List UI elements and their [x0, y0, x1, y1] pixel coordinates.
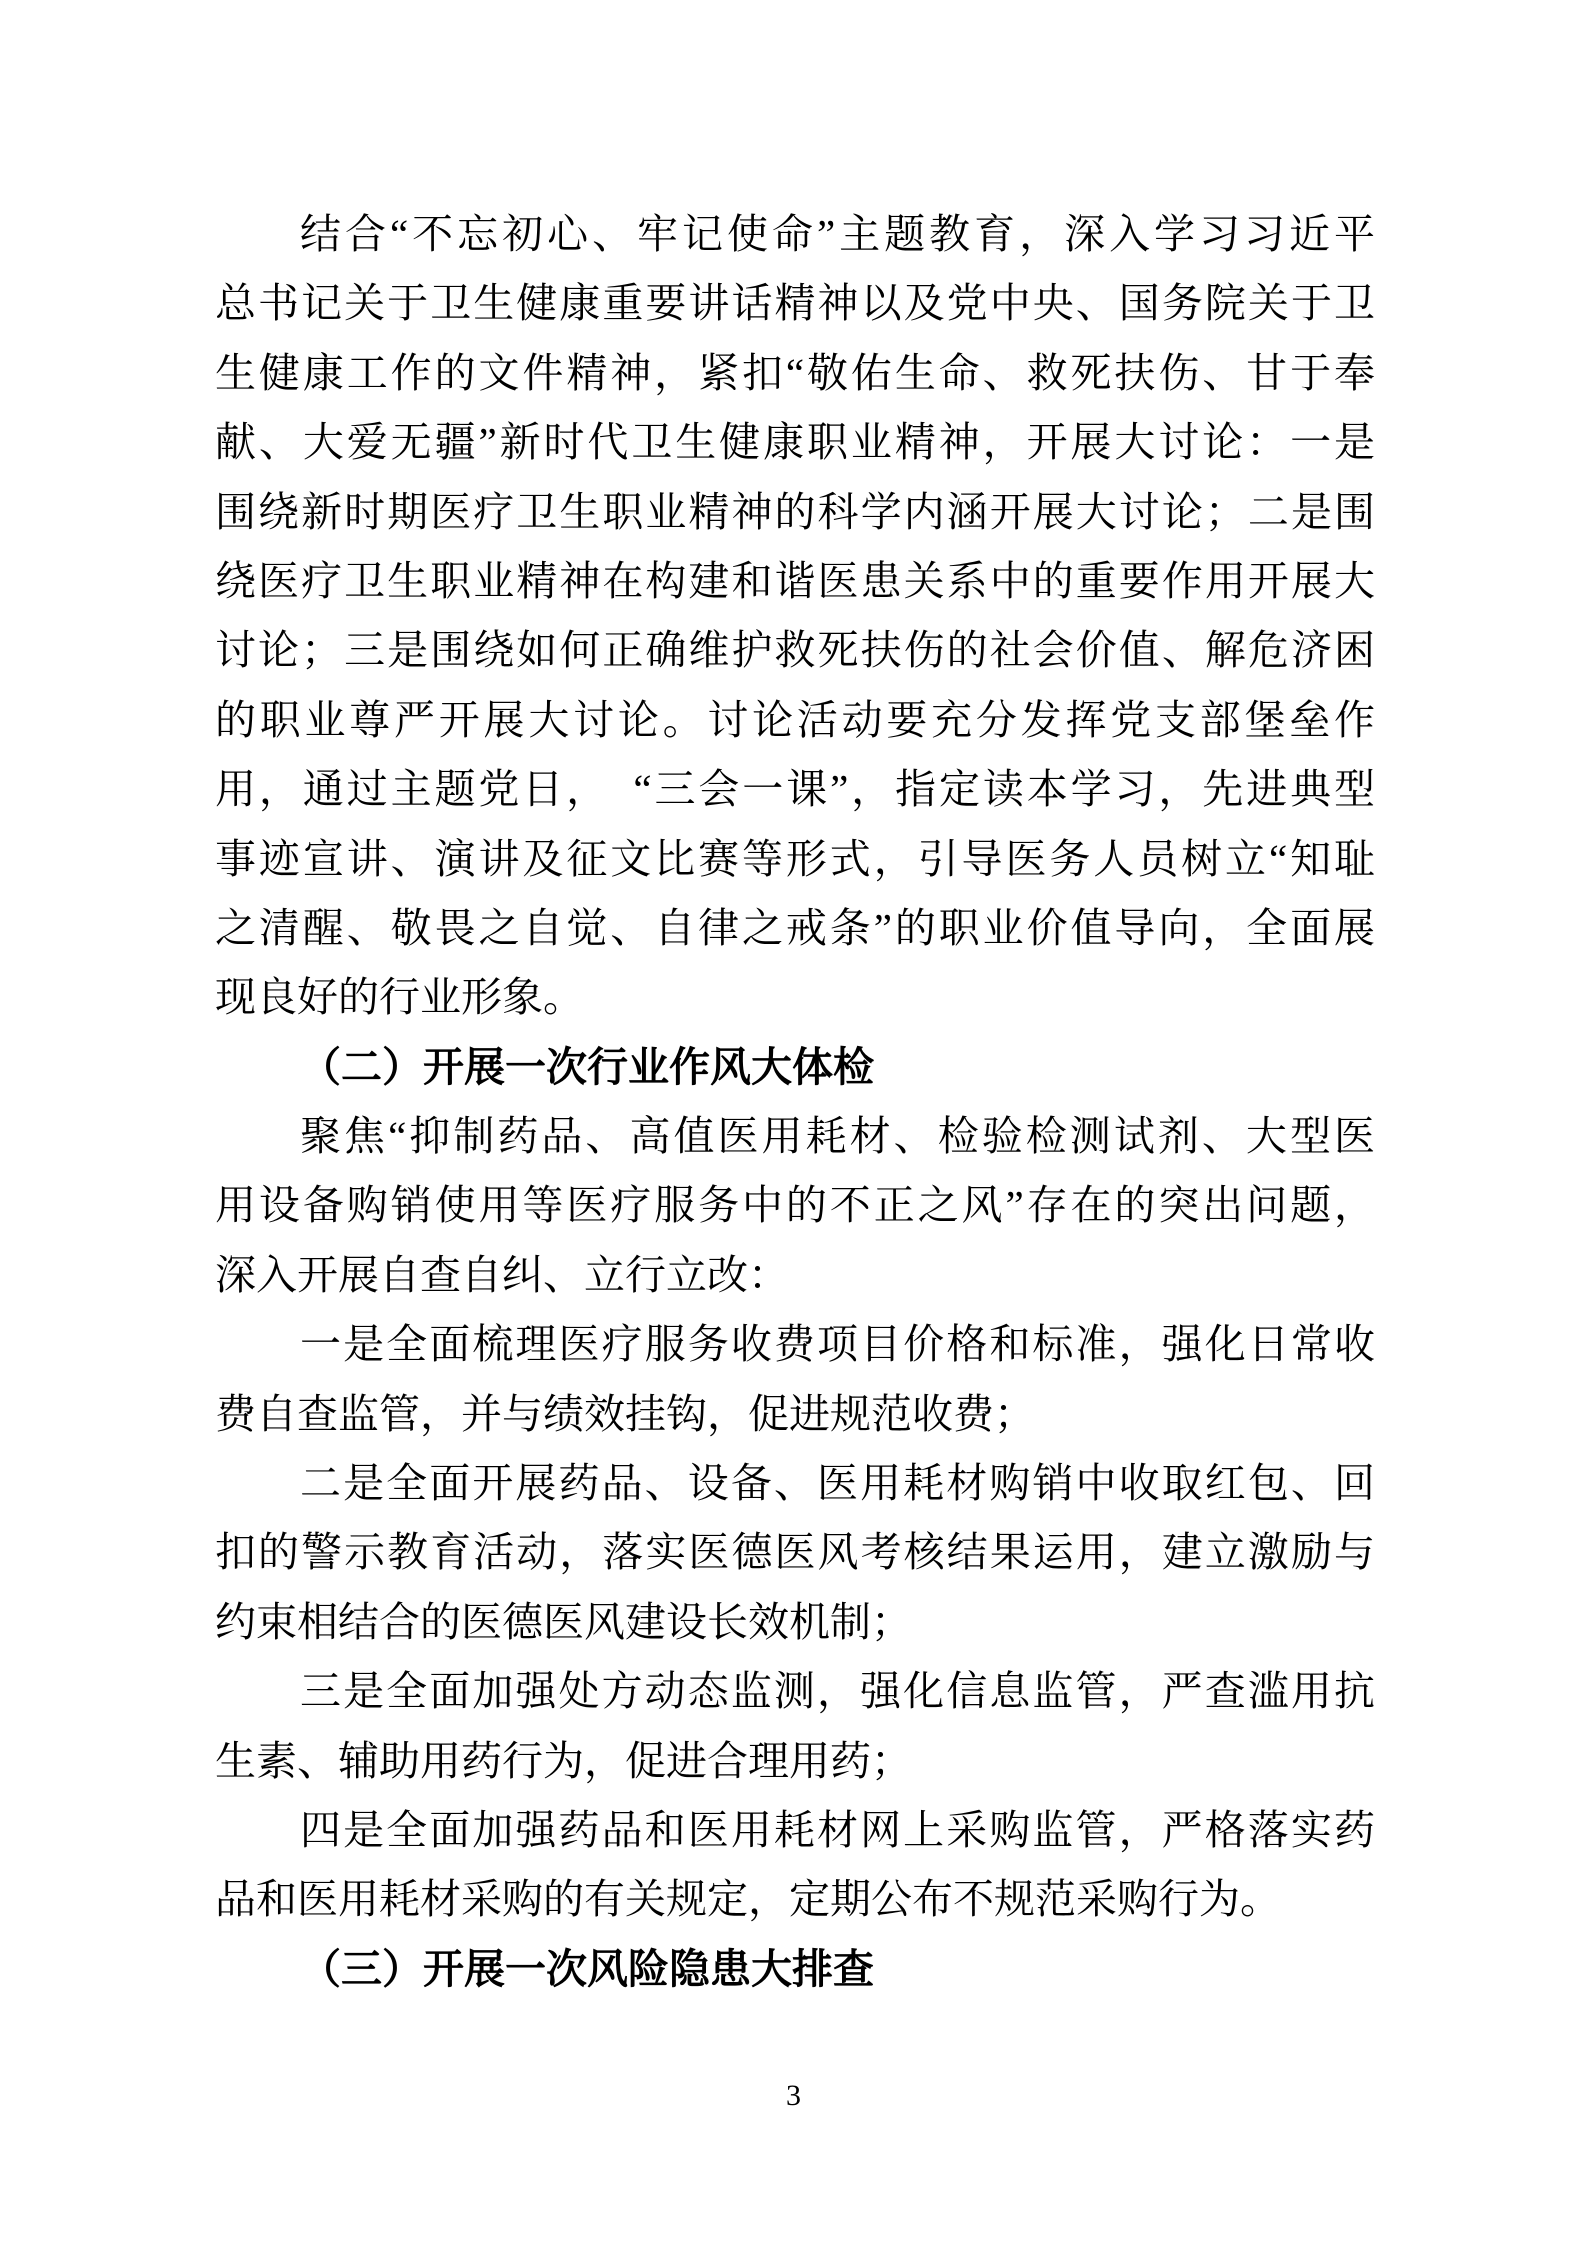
text-line: 绕医疗卫生职业精神在构建和谐医患关系中的重要作用开展大	[215, 547, 1375, 616]
paragraph: 二是全面开展药品、设备、医用耗材购销中收取红包、回扣的警示教育活动，落实医德医风…	[215, 1449, 1375, 1657]
text-line: 聚焦“抑制药品、高值医用耗材、检验检测试剂、大型医	[215, 1102, 1375, 1171]
text-line: 生素、辅助用药行为，促进合理用药；	[215, 1727, 1375, 1796]
page-number: 3	[0, 2080, 1587, 2112]
text-line: 一是全面梳理医疗服务收费项目价格和标准，强化日常收	[215, 1310, 1375, 1379]
text-line: 结合“不忘初心、牢记使命”主题教育，深入学习习近平	[215, 200, 1375, 269]
text-line: 事迹宣讲、演讲及征文比赛等形式，引导医务人员树立“知耻	[215, 825, 1375, 894]
paragraph: 一是全面梳理医疗服务收费项目价格和标准，强化日常收费自查监管，并与绩效挂钩，促进…	[215, 1310, 1375, 1449]
text-line: 扣的警示教育活动，落实医德医风考核结果运用，建立激励与	[215, 1518, 1375, 1587]
text-line: 深入开展自查自纠、立行立改：	[215, 1241, 1375, 1310]
text-line: （三）开展一次风险隐患大排查	[215, 1935, 1375, 2004]
text-line: 约束相结合的医德医风建设长效机制；	[215, 1588, 1375, 1657]
text-line: 用设备购销使用等医疗服务中的不正之风”存在的突出问题，	[215, 1171, 1375, 1240]
section-heading: （三）开展一次风险隐患大排查	[215, 1935, 1375, 2004]
text-line: 生健康工作的文件精神，紧扣“敬佑生命、救死扶伤、甘于奉	[215, 339, 1375, 408]
text-line: 品和医用耗材采购的有关规定，定期公布不规范采购行为。	[215, 1865, 1375, 1934]
section-heading: （二）开展一次行业作风大体检	[215, 1033, 1375, 1102]
document-page: 结合“不忘初心、牢记使命”主题教育，深入学习习近平总书记关于卫生健康重要讲话精神…	[0, 0, 1587, 2245]
text-line: 献、大爱无疆”新时代卫生健康职业精神，开展大讨论：一是	[215, 408, 1375, 477]
document-body: 结合“不忘初心、牢记使命”主题教育，深入学习习近平总书记关于卫生健康重要讲话精神…	[215, 200, 1375, 2004]
text-line: 围绕新时期医疗卫生职业精神的科学内涵开展大讨论；二是围	[215, 478, 1375, 547]
text-line: 二是全面开展药品、设备、医用耗材购销中收取红包、回	[215, 1449, 1375, 1518]
text-line: 用，通过主题党日， “三会一课”，指定读本学习，先进典型	[215, 755, 1375, 824]
text-line: 四是全面加强药品和医用耗材网上采购监管，严格落实药	[215, 1796, 1375, 1865]
text-line: 三是全面加强处方动态监测，强化信息监管，严查滥用抗	[215, 1657, 1375, 1726]
text-line: 的职业尊严开展大讨论。讨论活动要充分发挥党支部堡垒作	[215, 686, 1375, 755]
text-line: 之清醒、敬畏之自觉、自律之戒条”的职业价值导向，全面展	[215, 894, 1375, 963]
text-line: （二）开展一次行业作风大体检	[215, 1033, 1375, 1102]
paragraph: 四是全面加强药品和医用耗材网上采购监管，严格落实药品和医用耗材采购的有关规定，定…	[215, 1796, 1375, 1935]
paragraph: 三是全面加强处方动态监测，强化信息监管，严查滥用抗生素、辅助用药行为，促进合理用…	[215, 1657, 1375, 1796]
paragraph: 结合“不忘初心、牢记使命”主题教育，深入学习习近平总书记关于卫生健康重要讲话精神…	[215, 200, 1375, 1033]
text-line: 总书记关于卫生健康重要讲话精神以及党中央、国务院关于卫	[215, 269, 1375, 338]
text-line: 现良好的行业形象。	[215, 963, 1375, 1032]
paragraph: 聚焦“抑制药品、高值医用耗材、检验检测试剂、大型医用设备购销使用等医疗服务中的不…	[215, 1102, 1375, 1310]
text-line: 讨论；三是围绕如何正确维护救死扶伤的社会价值、解危济困	[215, 616, 1375, 685]
text-line: 费自查监管，并与绩效挂钩，促进规范收费；	[215, 1380, 1375, 1449]
